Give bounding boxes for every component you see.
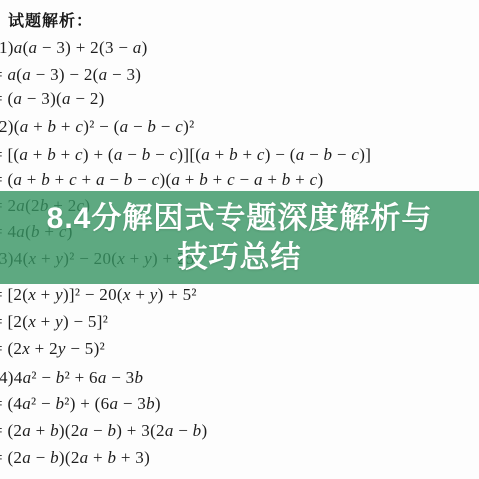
worksheet-image: 试题解析： (1)a(a − 3) + 2(3 − a) = a(a − 3) … xyxy=(0,0,479,479)
math-line-13: (4)4a² − b² + 6a − 3b xyxy=(0,368,143,388)
math-line-1: (1)a(a − 3) + 2(3 − a) xyxy=(0,38,148,58)
math-line-5: = [(a + b + c) + (a − b − c)][(a + b + c… xyxy=(0,145,371,165)
math-line-6: = (a + b + c + a − b − c)(a + b + c − a … xyxy=(0,170,323,190)
math-line-16: = (2a − b)(2a + b + 3) xyxy=(0,448,150,468)
math-line-14: = (4a² − b²) + (6a − 3b) xyxy=(0,394,161,414)
banner-title-line-2: 技巧总结 xyxy=(178,238,302,277)
math-line-10: = [2(x + y)]² − 20(x + y) + 5² xyxy=(0,285,197,305)
math-line-4: (2)(a + b + c)² − (a − b − c)² xyxy=(0,117,194,137)
math-line-15: = (2a + b)(2a − b) + 3(2a − b) xyxy=(0,421,207,441)
banner-title-line-1: 8.4分解因式专题深度解析与 xyxy=(47,199,433,238)
title-overlay-banner: 8.4分解因式专题深度解析与 技巧总结 xyxy=(0,191,479,284)
section-title: 试题解析： xyxy=(8,8,93,31)
math-line-11: = [2(x + y) − 5]² xyxy=(0,312,108,332)
math-line-12: = (2x + 2y − 5)² xyxy=(0,339,105,359)
math-line-2: = a(a − 3) − 2(a − 3) xyxy=(0,65,141,85)
math-line-3: = (a − 3)(a − 2) xyxy=(0,89,105,109)
